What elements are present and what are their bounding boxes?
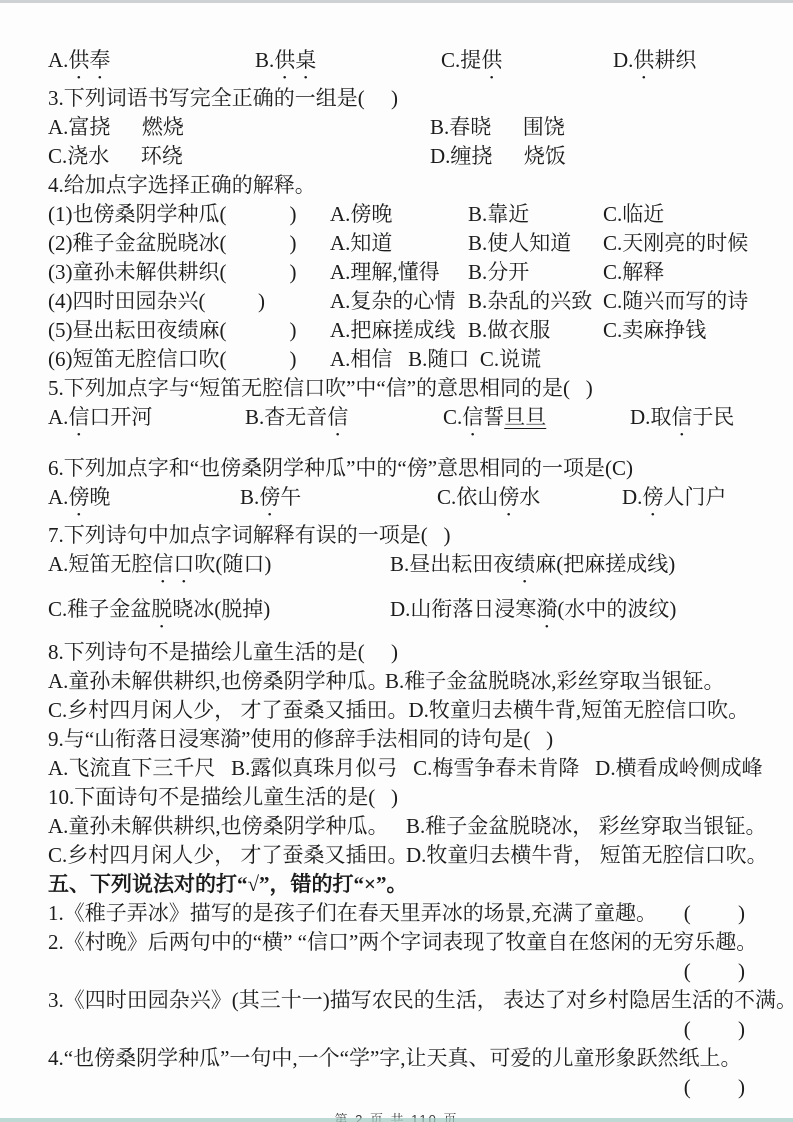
q4-option-c: C.天刚亮的时候 [603, 229, 748, 258]
page-bottom-edge [0, 1118, 793, 1122]
q6-option-a: A.傍晚 [48, 483, 240, 521]
q7-stem: 7.下列诗句中加点字词解释有误的一项是( ) [48, 521, 745, 550]
answer-parentheses: ( ) [684, 899, 745, 928]
q10-stem: 10.下面诗句不是描绘儿童生活的是( ) [48, 783, 745, 812]
q4-phrase: (1)也傍桑阴学种瓜( ) [48, 200, 330, 229]
underlined-text: 旦旦 [504, 405, 546, 429]
q3-option-b: B.春晓 围饶 [430, 113, 745, 142]
q3-option-c: C.浇水 环绕 [48, 142, 430, 171]
q6-stem: 6.下列加点字和“也傍桑阴学种瓜”中的“傍”意思相同的一项是(C) [48, 454, 745, 483]
emphasized-text: 供 [633, 48, 654, 72]
q4-option-a: A.傍晚 [330, 200, 468, 229]
q8-stem: 8.下列诗句不是描绘儿童生活的是( ) [48, 638, 745, 667]
q2-option-d: D.供耕织 [613, 46, 745, 84]
emphasized-text: 供 [481, 48, 502, 72]
q2-option-c: C.提供 [441, 46, 613, 84]
emphasized-text: 信口 [152, 552, 194, 576]
q6-options-row: A.傍晚 B.傍午 C.依山傍水 D.傍人门户 [48, 483, 745, 521]
q8-option-a: A.童孙未解供耕织,也傍桑阴学种瓜。 [48, 667, 385, 696]
q4-option-b: B.靠近 [468, 200, 603, 229]
q3-option-a: A.富挠 燃烧 [48, 113, 430, 142]
q5-options-row: A.信口开河 B.杳无音信 C.信誓旦旦 D.取信于民 [48, 403, 745, 441]
emphasized-text: 傍 [498, 485, 519, 509]
q5-option-a: A.信口开河 [48, 403, 245, 441]
emphasized-text: 傍 [68, 485, 89, 509]
q4-phrase: (5)昼出耘田夜绩麻( ) [48, 316, 330, 345]
q10-option-b: B.稚子金盆脱晓冰， 彩丝穿取当银钲。 [406, 812, 767, 841]
q7-options-row-2: C.稚子金盆脱晓冰(脱掉) D.山衔落日浸寒漪(水中的波纹) [48, 595, 745, 633]
q7-option-d: D.山衔落日浸寒漪(水中的波纹) [390, 595, 745, 633]
q6-option-c: C.依山傍水 [437, 483, 622, 521]
emphasized-text: 绩 [514, 552, 535, 576]
q4-item-5: (5)昼出耘田夜绩麻( ) A.把麻搓成线 B.做衣服 C.卖麻挣钱 [48, 316, 745, 345]
emphasized-text: 供桌 [274, 48, 316, 72]
q6-option-b: B.傍午 [240, 483, 437, 521]
q10-option-c: C.乡村四月闲人少， 才了蚕桑又插田。 [48, 841, 406, 870]
q4-option-a: A.理解,懂得 [330, 258, 468, 287]
q10-options-row-2: C.乡村四月闲人少， 才了蚕桑又插田。 D.牧童归去横牛背， 短笛无腔信口吹。 [48, 841, 745, 870]
q4-phrase: (4)四时田园杂兴( ) [48, 287, 330, 316]
q4-option-a: A.把麻搓成线 [330, 316, 468, 345]
q5-option-b: B.杳无音信 [245, 403, 443, 441]
q4-phrase: (6)短笛无腔信口吹( ) [48, 345, 330, 374]
page-top-edge [0, 0, 793, 3]
q10-option-a: A.童孙未解供耕织,也傍桑阴学种瓜。 [48, 812, 406, 841]
q8-option-b: B.稚子金盆脱晓冰,彩丝穿取当银钲。 [385, 667, 745, 696]
q4-item-6: (6)短笛无腔信口吹( ) A.相信 B.随口 C.说谎 [48, 345, 745, 374]
q5-option-d: D.取信于民 [630, 403, 745, 441]
q7-option-b: B.昼出耘田夜绩麻(把麻搓成线) [390, 550, 745, 588]
q10-option-d: D.牧童归去横牛背， 短笛无腔信口吹。 [406, 841, 768, 870]
emphasized-text: 信 [671, 405, 692, 429]
section-5-item-1: 1.《稚子弄冰》描写的是孩子们在春天里弄冰的场景,充满了童趣。 ( ) [48, 899, 745, 928]
q8-options-row-1: A.童孙未解供耕织,也傍桑阴学种瓜。 B.稚子金盆脱晓冰,彩丝穿取当银钲。 [48, 667, 745, 696]
q7-options-row-1: A.短笛无腔信口吹(随口) B.昼出耘田夜绩麻(把麻搓成线) [48, 550, 745, 588]
q10-options-row-1: A.童孙未解供耕织,也傍桑阴学种瓜。 B.稚子金盆脱晓冰， 彩丝穿取当银钲。 [48, 812, 745, 841]
q4-option-b: B.做衣服 [468, 316, 603, 345]
q4-option-b: B.使人知道 [468, 229, 603, 258]
q5-stem: 5.下列加点字与“短笛无腔信口吹”中“信”的意思相同的是( ) [48, 374, 745, 403]
emphasized-text: 傍 [259, 485, 280, 509]
emphasized-text: 信 [462, 405, 483, 429]
q2-options-row: A.供奉 B.供桌 C.提供 D.供耕织 [48, 46, 745, 84]
q7-option-c: C.稚子金盆脱晓冰(脱掉) [48, 595, 390, 633]
emphasized-text: 漪 [536, 597, 557, 621]
q4-item-1: (1)也傍桑阴学种瓜( ) A.傍晚 B.靠近 C.临近 [48, 200, 745, 229]
q4-option-a: A.知道 [330, 229, 468, 258]
answer-parentheses: ( ) [48, 1073, 745, 1102]
section-5-item-4: 4.“也傍桑阴学种瓜”一句中,一个“学”字,让天真、可爱的儿童形象跃然纸上。 [48, 1044, 745, 1073]
q4-item-4: (4)四时田园杂兴( ) A.复杂的心情 B.杂乱的兴致 C.随兴而写的诗 [48, 287, 745, 316]
section-5-heading: 五、下列说法对的打“√”，错的打“×”。 [48, 870, 745, 899]
emphasized-text: 脱 [151, 597, 172, 621]
q4-item-3: (3)童孙未解供耕织( ) A.理解,懂得 B.分开 C.解释 [48, 258, 745, 287]
q4-phrase: (3)童孙未解供耕织( ) [48, 258, 330, 287]
q4-option-c: C.卖麻挣钱 [603, 316, 745, 345]
emphasized-text: 供奉 [68, 48, 110, 72]
q9-options-row: A.飞流直下三千尺 B.露似真珠月似弓 C.梅雪争春未肯降 D.横看成岭侧成峰 [48, 754, 745, 783]
q3-options-row-1: A.富挠 燃烧 B.春晓 围饶 [48, 113, 745, 142]
q9-stem: 9.与“山衔落日浸寒漪”使用的修辞手法相同的诗句是( ) [48, 725, 745, 754]
q4-option-b: B.分开 [468, 258, 603, 287]
section-5-item-2: 2.《村晚》后两句中的“横” “信口”两个字词表现了牧童自在悠闲的无穷乐趣。 [48, 928, 745, 957]
q4-phrase: (2)稚子金盆脱晓冰( ) [48, 229, 330, 258]
q4-option-a: A.复杂的心情 [330, 287, 468, 316]
statement-text: 1.《稚子弄冰》描写的是孩子们在春天里弄冰的场景,充满了童趣。 [48, 899, 657, 928]
emphasized-text: 傍 [642, 485, 663, 509]
q5-option-c: C.信誓旦旦 [443, 403, 630, 441]
q2-option-b: B.供桌 [255, 46, 441, 84]
emphasized-text: 信 [327, 405, 348, 429]
q3-options-row-2: C.浇水 环绕 D.缠挠 烧饭 [48, 142, 745, 171]
q3-option-d: D.缠挠 烧饭 [430, 142, 745, 171]
q6-option-d: D.傍人门户 [622, 483, 745, 521]
q4-item-2: (2)稚子金盆脱晓冰( ) A.知道 B.使人知道 C.天刚亮的时候 [48, 229, 745, 258]
q2-option-a: A.供奉 [48, 46, 255, 84]
exam-paper-page: A.供奉 B.供桌 C.提供 D.供耕织 3.下列词语书写完全正确的一组是( )… [0, 0, 793, 1122]
answer-parentheses: ( ) [48, 1015, 745, 1044]
q4-option-c: C.临近 [603, 200, 745, 229]
answer-parentheses: ( ) [48, 957, 745, 986]
q4-option-c: C.随兴而写的诗 [603, 287, 748, 316]
q4-option-b: B.杂乱的兴致 [468, 287, 603, 316]
q4-option-c: C.解释 [603, 258, 745, 287]
q3-stem: 3.下列词语书写完全正确的一组是( ) [48, 84, 745, 113]
q4-options-abc: A.相信 B.随口 C.说谎 [330, 345, 745, 374]
section-5-item-3: 3.《四时田园杂兴》(其三十一)描写农民的生活， 表达了对乡村隐居生活的不满。 [48, 986, 745, 1015]
q8-options-row-2: C.乡村四月闲人少， 才了蚕桑又插田。D.牧童归去横牛背,短笛无腔信口吹。 [48, 696, 745, 725]
emphasized-text: 信 [68, 405, 89, 429]
q4-stem: 4.给加点字选择正确的解释。 [48, 171, 745, 200]
page-content: A.供奉 B.供桌 C.提供 D.供耕织 3.下列词语书写完全正确的一组是( )… [0, 0, 793, 1122]
q7-option-a: A.短笛无腔信口吹(随口) [48, 550, 390, 588]
